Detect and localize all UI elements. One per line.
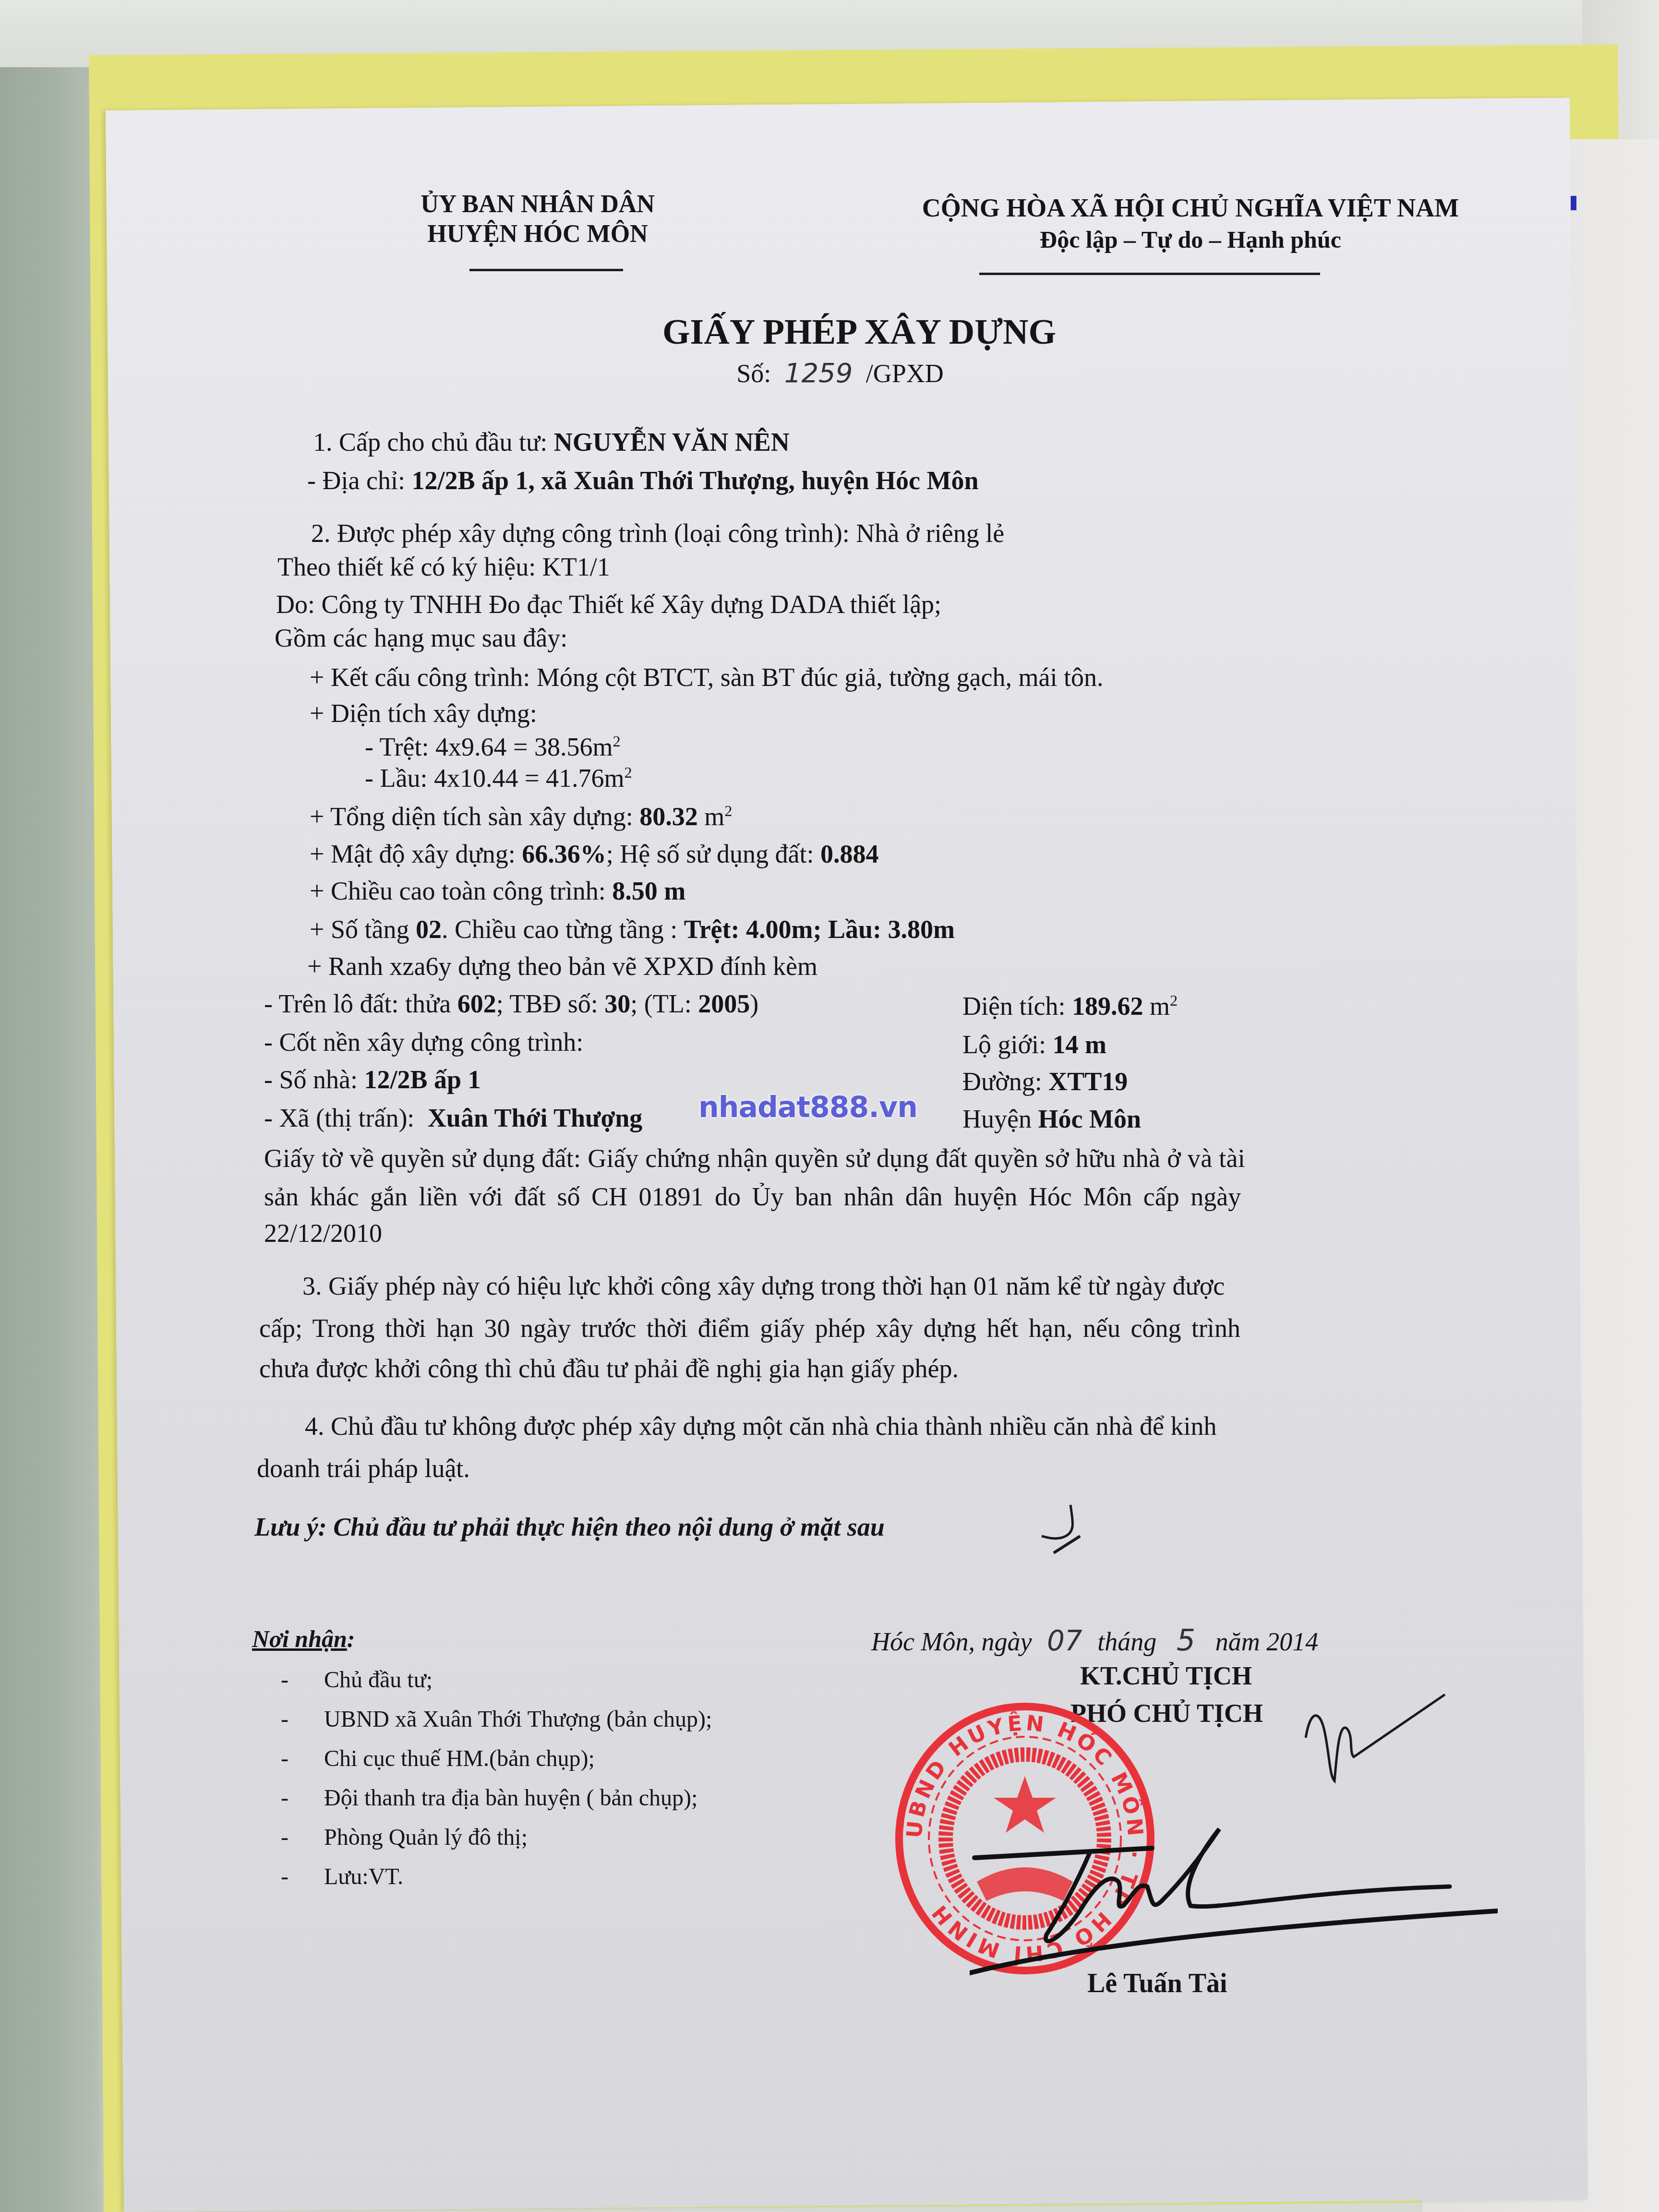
lot-area-value: 189.62 [1072, 992, 1143, 1021]
recipient-text: Đội thanh tra địa bàn huyện ( bản chụp); [324, 1785, 697, 1811]
floor-height-value: Trệt: 4.00m; Lầu: 3.80m [684, 915, 955, 944]
motto-divider [979, 273, 1320, 275]
recipients-title-text: Nơi nhận [252, 1625, 347, 1652]
items-intro: Gồm các hạng mục sau đây: [275, 623, 567, 653]
permit-number-suffix: /GPXD [866, 359, 944, 388]
total-floor-label: + Tổng diện tích sàn xây dựng: [310, 802, 633, 831]
signer-role1: KT.CHỦ TỊCH [1080, 1661, 1252, 1691]
agency-divider [469, 269, 623, 271]
district: Huyện Hóc Môn [962, 1104, 1141, 1134]
section3-line3: chưa được khởi công thì chủ đầu tư phải … [259, 1354, 959, 1383]
road-width-value: 14 m [1053, 1030, 1106, 1059]
area-intro: + Diện tích xây dựng: [310, 698, 537, 728]
back-side-note: Lưu ý: Chủ đầu tư phải thực hiện theo nộ… [254, 1512, 885, 1542]
commune-value: Xuân Thới Thượng [421, 1104, 642, 1132]
recipient-item: -Chủ đầu tư; [281, 1667, 433, 1693]
owner-name: NGUYỄN VĂN NÊN [554, 428, 790, 457]
date-day: 07 [1038, 1624, 1091, 1657]
lot-info: - Trên lô đất: thửa 602; TBĐ số: 30; (TL… [264, 989, 758, 1019]
section3-line2: cấp; Trong thời hạn 30 ngày trước thời đ… [259, 1313, 1240, 1343]
floors: + Số tầng 02. Chiều cao từng tầng : Trệt… [310, 914, 955, 944]
foundation-level: - Cốt nền xây dựng công trình: [264, 1027, 583, 1057]
land-use-label: ; Hệ số sử dụng đất: [606, 840, 814, 868]
total-floor-area: + Tổng diện tích sàn xây dựng: 80.32 m2 [310, 802, 732, 831]
recipient-text: Chi cục thuế HM.(bản chụp); [324, 1746, 595, 1771]
upper-floor-area: - Lầu: 4x10.44 = 41.76m2 [365, 763, 632, 793]
sup: 2 [1170, 992, 1178, 1010]
land-docs-line1: Giấy tờ về quyền sử dụng đất: Giấy chứng… [264, 1143, 1245, 1173]
recipients-colon: : [347, 1625, 355, 1652]
sup: 2 [613, 733, 621, 750]
recipient-text: Lưu:VT. [324, 1864, 403, 1889]
month-label: tháng [1097, 1627, 1156, 1656]
watermark: nhadat888.vn [698, 1091, 917, 1124]
section4-line2: doanh trái pháp luật. [257, 1454, 470, 1483]
house-no-value: 12/2B ấp 1 [364, 1065, 481, 1094]
section1-address: - Địa chỉ: 12/2B ấp 1, xã Xuân Thới Thượ… [307, 466, 978, 495]
house-no-label: - Số nhà: [264, 1065, 358, 1094]
total-floor-unit: m [704, 802, 724, 831]
recipient-text: Phòng Quản lý đô thị; [324, 1825, 528, 1850]
section4-line1: 4. Chủ đầu tư không được phép xây dựng m… [305, 1411, 1216, 1441]
floor-height-label: . Chiều cao từng tầng : [442, 915, 677, 944]
tl-close: ) [750, 989, 758, 1018]
recipient-item: -Đội thanh tra địa bàn huyện ( bản chụp)… [281, 1785, 697, 1811]
permit-number-value: 1259 [778, 358, 860, 389]
structure: + Kết cấu công trình: Móng cột BTCT, sàn… [310, 662, 1104, 692]
map-label: ; TBĐ số: [496, 989, 598, 1018]
country-line1: CỘNG HÒA XÃ HỘI CHỦ NGHĨA VIỆT NAM [816, 192, 1565, 224]
section3-line1: 3. Giấy phép này có hiệu lực khởi công x… [302, 1271, 1225, 1301]
signer-name: Lê Tuấn Tài [1087, 1968, 1227, 1999]
date-prefix: Hóc Môn, ngày [871, 1627, 1032, 1656]
agency-line1: ỦY BAN NHÂN DÂN [394, 190, 682, 219]
road-width-label: Lộ giới: [962, 1030, 1046, 1059]
road-width: Lộ giới: 14 m [962, 1030, 1106, 1059]
initial-mark [1008, 1503, 1090, 1555]
handwritten-signature [970, 1791, 1498, 1978]
blue-pen-mark [1571, 196, 1576, 210]
total-floor-value: 80.32 [639, 802, 698, 831]
boundary: + Ranh xza6y dựng theo bản vẽ XPXD đính … [307, 951, 817, 981]
country-line2: Độc lập – Tự do – Hạnh phúc [816, 224, 1565, 255]
design-code: Theo thiết kế có ký hiệu: KT1/1 [277, 552, 610, 582]
street-label: Đường: [962, 1067, 1042, 1096]
map-no: 30 [604, 989, 630, 1018]
height-value: 8.50 m [612, 877, 685, 905]
vice-chairman-initial [1301, 1680, 1455, 1791]
density: + Mật độ xây dựng: 66.36%; Hệ số sử dụng… [310, 839, 878, 869]
height-label: + Chiều cao toàn công trình: [310, 877, 606, 905]
lot-area-unit: m [1150, 992, 1170, 1021]
owner-label: 1. Cấp cho chủ đầu tư: [313, 428, 547, 457]
lot-area: Diện tích: 189.62 m2 [962, 991, 1178, 1021]
lot-area-label: Diện tích: [962, 992, 1065, 1021]
agency-name: ỦY BAN NHÂN DÂN HUYỆN HÓC MÔN [394, 190, 682, 249]
recipients-title: Nơi nhận: [252, 1625, 355, 1653]
page-title: GIẤY PHÉP XÂY DỰNG [547, 312, 1171, 353]
density-label: + Mật độ xây dựng: [310, 840, 516, 868]
commune-label: - Xã (thị trấn): [264, 1104, 414, 1132]
density-value: 66.36% [522, 840, 606, 868]
national-motto: CỘNG HÒA XÃ HỘI CHỦ NGHĨA VIỆT NAM Độc l… [816, 192, 1565, 255]
ground-floor-area: - Trệt: 4x9.64 = 38.56m2 [365, 732, 621, 762]
ground-floor-text: - Trệt: 4x9.64 = 38.56m [365, 733, 613, 761]
tl-value: 2005 [698, 989, 750, 1018]
land-use-value: 0.884 [820, 840, 879, 868]
recipient-text: Chủ đầu tư; [324, 1667, 433, 1693]
sup: 2 [724, 803, 732, 820]
section2-type: 2. Được phép xây dựng công trình (loại c… [311, 518, 1004, 548]
address-value: 12/2B ấp 1, xã Xuân Thới Thượng, huyện H… [411, 466, 978, 495]
commune: - Xã (thị trấn): Xuân Thới Thượng [264, 1103, 642, 1133]
recipient-item: -Chi cục thuế HM.(bản chụp); [281, 1745, 595, 1772]
recipient-text: UBND xã Xuân Thới Thượng (bản chụp); [324, 1707, 712, 1732]
date-month: 5 [1163, 1623, 1209, 1658]
designer: Do: Công ty TNHH Đo đạc Thiết kế Xây dựn… [276, 589, 941, 619]
street: Đường: XTT19 [962, 1067, 1128, 1096]
permit-number-prefix: Số: [736, 359, 771, 388]
upper-floor-text: - Lầu: 4x10.44 = 41.76m [365, 764, 624, 793]
place-date: Hóc Môn, ngày 07 tháng 5 năm 2014 [871, 1623, 1318, 1658]
lot-no: 602 [457, 989, 496, 1018]
floors-value: 02 [416, 915, 442, 944]
address-label: - Địa chỉ: [307, 466, 405, 495]
year-label: năm 2014 [1215, 1627, 1319, 1656]
building-height: + Chiều cao toàn công trình: 8.50 m [310, 876, 685, 906]
permit-number: Số: 1259 /GPXD [624, 358, 1056, 389]
street-value: XTT19 [1048, 1067, 1128, 1096]
agency-line2: HUYỆN HÓC MÔN [394, 219, 682, 249]
tl-label: ; (TL: [630, 989, 691, 1018]
floors-label: + Số tầng [310, 915, 409, 944]
land-docs-line2: sản khác gắn liền với đất số CH 01891 do… [264, 1182, 1241, 1212]
section1-owner: 1. Cấp cho chủ đầu tư: NGUYỄN VĂN NÊN [313, 427, 790, 457]
house-number: - Số nhà: 12/2B ấp 1 [264, 1065, 481, 1094]
lot-label: - Trên lô đất: thửa [264, 989, 451, 1018]
recipient-item: -UBND xã Xuân Thới Thượng (bản chụp); [281, 1706, 712, 1732]
sup: 2 [624, 764, 632, 781]
land-docs-line3: 22/12/2010 [264, 1218, 382, 1248]
district-label: Huyện [962, 1105, 1032, 1133]
district-value: Hóc Môn [1038, 1105, 1141, 1133]
recipient-item: -Phòng Quản lý đô thị; [281, 1824, 528, 1851]
recipient-item: -Lưu:VT. [281, 1863, 403, 1890]
